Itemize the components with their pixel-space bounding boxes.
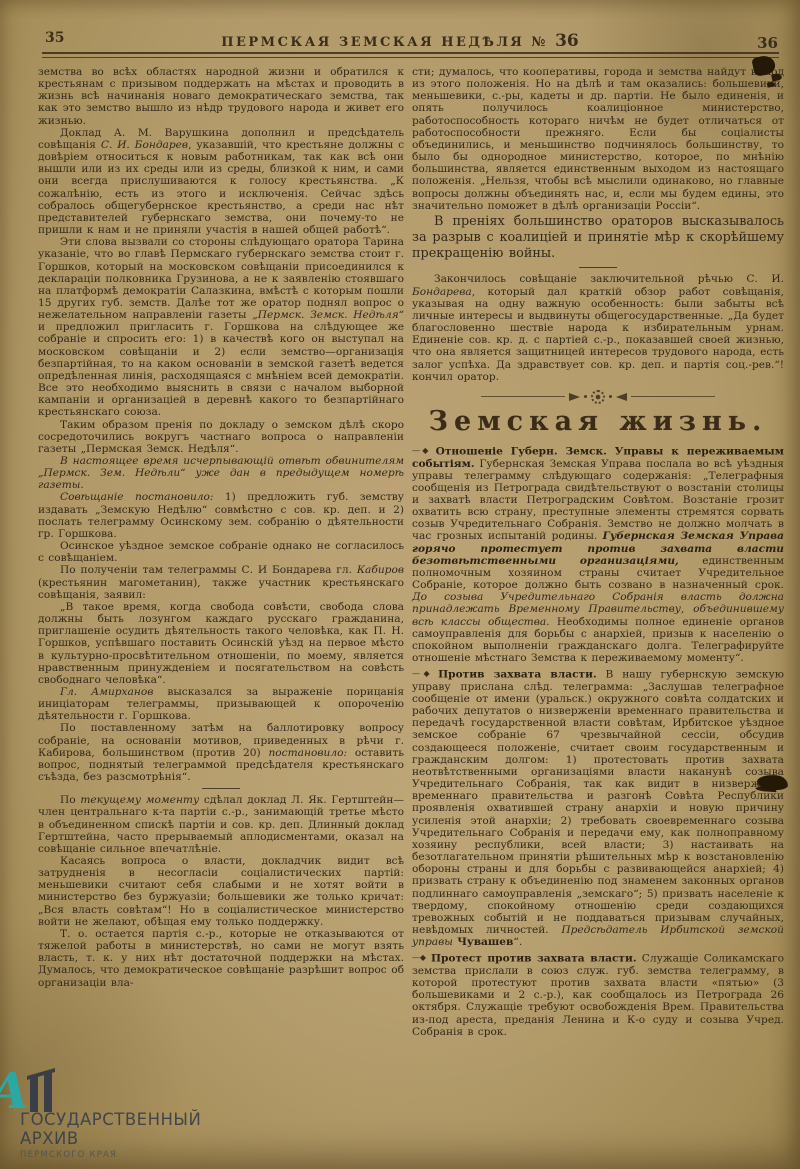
section-heading: Земская жизнь. [412, 406, 784, 437]
masthead-title: ПЕРМСКАЯ ЗЕМСКАЯ НЕДѢЛЯ № [221, 35, 548, 50]
text-segment: Чувашев [457, 936, 513, 948]
paragraph: Таким образом пренія по докладу о земско… [38, 419, 404, 455]
paragraph: —◆Отношеніе Губерн. Земск. Управы к пере… [412, 445, 784, 664]
newspaper-page-scan: 35 ПЕРМСКАЯ ЗЕМСКАЯ НЕДѢЛЯ № 36 36 земст… [0, 0, 800, 1169]
section-marker-icon: —◆ [412, 669, 433, 678]
rosette-icon [591, 390, 605, 404]
text-segment: В настоящее время исчерпывающій отвѣт об… [38, 455, 404, 491]
paragraph: —◆Против захвата власти. В нашу губернск… [412, 668, 784, 948]
text-segment: “. [513, 936, 522, 948]
text-segment: Таким образом пренія по докладу о земско… [38, 419, 404, 455]
section-marker-icon: —◆ [412, 446, 431, 455]
text-segment: Бондарева, [412, 286, 475, 298]
archive-name-line1: ГОСУДАРСТВЕННЫЙ [20, 1110, 201, 1129]
issue-number: 36 [555, 31, 579, 51]
paragraph: Т. о. остается партія с.-р., которые не … [38, 928, 404, 989]
ornament-part [584, 395, 587, 398]
text-segment: Гл. Амирханов [60, 686, 153, 698]
paragraph: Совѣщаніе постановило: 1) предложить губ… [38, 491, 404, 540]
text-segment: Служащіе Соликамскаго земства прислали в… [412, 953, 784, 1038]
paragraph: земства во всѣх областях народной жизни … [38, 66, 404, 127]
right-text-column: сти; думалось, что кооперативы, города и… [412, 66, 784, 1038]
archive-logo-icon: А [0, 1066, 59, 1112]
paragraph: По текущему моменту сдѣлал доклад Л. Як.… [38, 794, 404, 855]
arrow-ornament-icon [616, 393, 627, 401]
archive-region: ПЕРМСКОГО КРАЯ [20, 1150, 117, 1160]
svg-text:А: А [0, 1066, 30, 1112]
section-marker-icon: —◆ [412, 953, 426, 962]
paragraph: —◆Протест против захвата власти. Служащі… [412, 952, 784, 1038]
text-segment: Осинское уѣздное земское собраніе однако… [38, 540, 404, 564]
text-segment: В преніях большинство ораторов высказыва… [412, 214, 784, 261]
text-segment: Кабиров [357, 564, 404, 576]
text-segment: В нашу губернскую земскую управу прислан… [412, 669, 784, 936]
ornament-part [631, 396, 715, 397]
divider-rule [579, 267, 617, 268]
left-text-column: земства во всѣх областях народной жизни … [38, 66, 404, 989]
paragraph: По поставленному затѣм на баллотировку в… [38, 722, 404, 783]
paragraph: Закончилось совѣщаніе заключительной рѣч… [412, 273, 784, 382]
text-segment: текущему моменту [80, 794, 199, 806]
paragraph: сти; думалось, что кооперативы, города и… [412, 66, 784, 212]
text-segment: Против захвата власти. [438, 669, 597, 681]
text-segment: и предложил пригласить г. Горшкова на сл… [38, 321, 404, 418]
text-segment: „В такое время, когда свобода совѣсти, с… [38, 601, 404, 686]
paragraph: Осинское уѣздное земское собраніе однако… [38, 540, 404, 564]
text-segment: С. И. Бондарев [101, 139, 188, 151]
text-segment: земства во всѣх областях народной жизни … [38, 66, 404, 127]
ornament-divider [412, 390, 784, 404]
text-segment: сти; думалось, что кооперативы, города и… [412, 66, 784, 212]
paragraph: Касаясь вопроса о власти, докладчик види… [38, 855, 404, 928]
text-segment: По [60, 794, 80, 806]
header-double-rule [42, 52, 779, 58]
paragraph: В преніях большинство ораторов высказыва… [412, 214, 784, 263]
paragraph: Эти слова вызвали со стороны слѣдующаго … [38, 236, 404, 418]
text-segment: (крестьянин магометанин), также участник… [38, 577, 404, 601]
paragraph: В настоящее время исчерпывающій отвѣт об… [38, 455, 404, 491]
ornament-part [481, 396, 565, 397]
text-segment: Закончилось совѣщаніе заключительной рѣч… [434, 273, 784, 285]
text-segment: По полученіи там телеграммы С. И Бондаре… [60, 564, 357, 576]
text-segment: „Пермск. Земск. Недѣля“ [252, 309, 404, 321]
page-number-right: 36 [757, 34, 778, 52]
paragraph: „В такое время, когда свобода совѣсти, с… [38, 601, 404, 686]
text-segment: Касаясь вопроса о власти, докладчик види… [38, 855, 404, 928]
archive-name-line2: АРХИВ [20, 1129, 79, 1148]
text-segment: который дал краткій обзор работ совѣщані… [412, 286, 784, 383]
paragraph: Гл. Амирханов высказался за выраженіе по… [38, 686, 404, 722]
text-segment: Протест против захвата власти. [431, 953, 637, 965]
text-segment: Совѣщаніе постановило: [60, 491, 214, 503]
text-segment: Т. о. остается партія с.-р., которые не … [38, 928, 404, 989]
newspaper-masthead: ПЕРМСКАЯ ЗЕМСКАЯ НЕДѢЛЯ № 36 [0, 31, 800, 51]
arrow-ornament-icon [569, 393, 580, 401]
text-segment: , указавшій, что крестьяне должны с довѣ… [38, 139, 404, 236]
divider-rule [202, 788, 240, 789]
ornament-part [609, 395, 612, 398]
paragraph: По полученіи там телеграммы С. И Бондаре… [38, 564, 404, 600]
paragraph: Доклад А. М. Варушкина дополнил и предсѣ… [38, 127, 404, 236]
text-segment: постановило: [268, 747, 347, 759]
